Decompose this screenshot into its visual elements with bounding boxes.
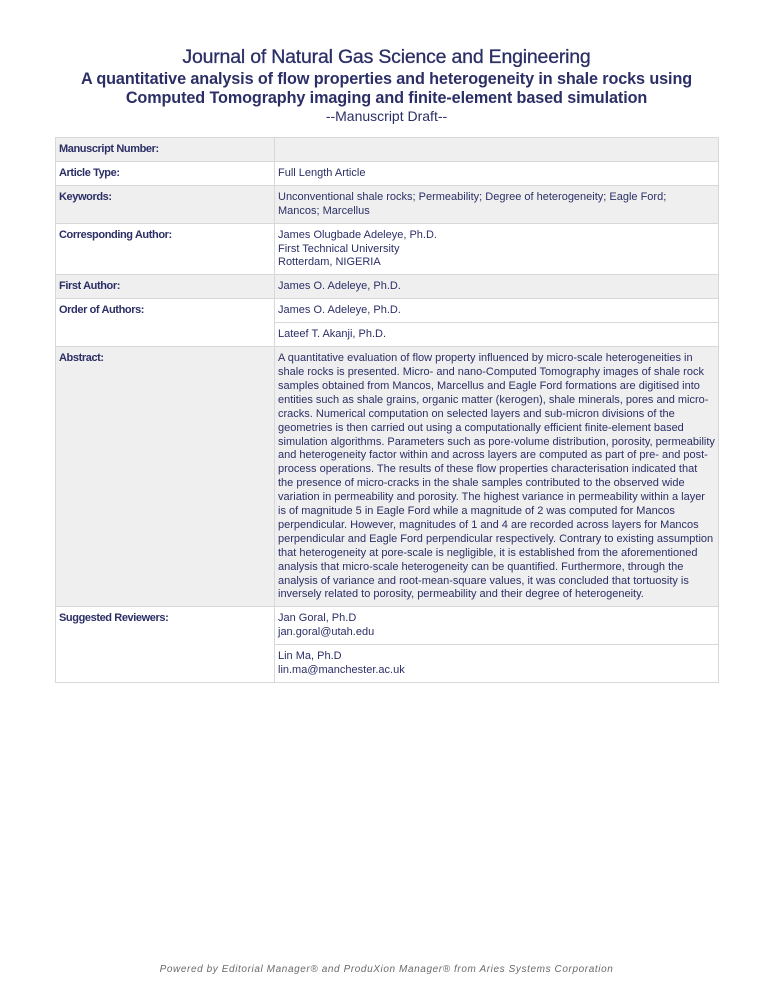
corresponding-author-value: James Olugbade Adeleye, Ph.D. First Tech…	[275, 223, 719, 275]
row-article-type: Article Type: Full Length Article	[56, 161, 719, 185]
draft-label: --Manuscript Draft--	[0, 108, 773, 124]
manuscript-number-label: Manuscript Number:	[56, 138, 275, 162]
article-title-line-1: A quantitative analysis of flow properti…	[0, 70, 773, 89]
abstract-text: A quantitative evaluation of flow proper…	[275, 347, 719, 607]
article-title: A quantitative analysis of flow properti…	[0, 70, 773, 108]
order-of-authors-label: Order of Authors:	[56, 299, 275, 347]
row-first-author: First Author: James O. Adeleye, Ph.D.	[56, 275, 719, 299]
suggested-reviewers-label: Suggested Reviewers:	[56, 607, 275, 683]
keywords-line-1: Unconventional shale rocks; Permeability…	[278, 191, 715, 205]
author-entry: Lateef T. Akanji, Ph.D.	[275, 323, 719, 347]
corresponding-author-label: Corresponding Author:	[56, 223, 275, 275]
journal-title: Journal of Natural Gas Science and Engin…	[0, 44, 773, 70]
keywords-label: Keywords:	[56, 185, 275, 223]
author-entry: James O. Adeleye, Ph.D.	[275, 299, 719, 323]
article-title-line-2: Computed Tomography imaging and finite-e…	[0, 89, 773, 108]
powered-by-footer: Powered by Editorial Manager® and ProduX…	[0, 964, 773, 975]
manuscript-number-value	[275, 138, 719, 162]
article-type-value: Full Length Article	[275, 161, 719, 185]
keywords-value: Unconventional shale rocks; Permeability…	[275, 185, 719, 223]
reviewer-name: Jan Goral, Ph.D	[278, 612, 715, 626]
reviewer-entry: Lin Ma, Ph.D lin.ma@manchester.ac.uk	[275, 645, 719, 683]
row-keywords: Keywords: Unconventional shale rocks; Pe…	[56, 185, 719, 223]
corresponding-author-location: Rotterdam, NIGERIA	[278, 256, 715, 270]
corresponding-author-name: James Olugbade Adeleye, Ph.D.	[278, 229, 715, 243]
row-corresponding-author: Corresponding Author: James Olugbade Ade…	[56, 223, 719, 275]
row-suggested-reviewers: Suggested Reviewers: Jan Goral, Ph.D jan…	[56, 607, 719, 645]
manuscript-metadata-table: Manuscript Number: Article Type: Full Le…	[55, 137, 719, 683]
first-author-label: First Author:	[56, 275, 275, 299]
row-order-of-authors: Order of Authors: James O. Adeleye, Ph.D…	[56, 299, 719, 323]
row-abstract: Abstract: A quantitative evaluation of f…	[56, 347, 719, 607]
reviewer-email: lin.ma@manchester.ac.uk	[278, 664, 715, 678]
first-author-value: James O. Adeleye, Ph.D.	[275, 275, 719, 299]
reviewer-email: jan.goral@utah.edu	[278, 626, 715, 640]
document-header: Journal of Natural Gas Science and Engin…	[0, 44, 773, 124]
reviewer-name: Lin Ma, Ph.D	[278, 650, 715, 664]
reviewer-entry: Jan Goral, Ph.D jan.goral@utah.edu	[275, 607, 719, 645]
abstract-label: Abstract:	[56, 347, 275, 607]
corresponding-author-institution: First Technical University	[278, 243, 715, 257]
article-type-label: Article Type:	[56, 161, 275, 185]
row-manuscript-number: Manuscript Number:	[56, 138, 719, 162]
keywords-line-2: Mancos; Marcellus	[278, 205, 715, 219]
